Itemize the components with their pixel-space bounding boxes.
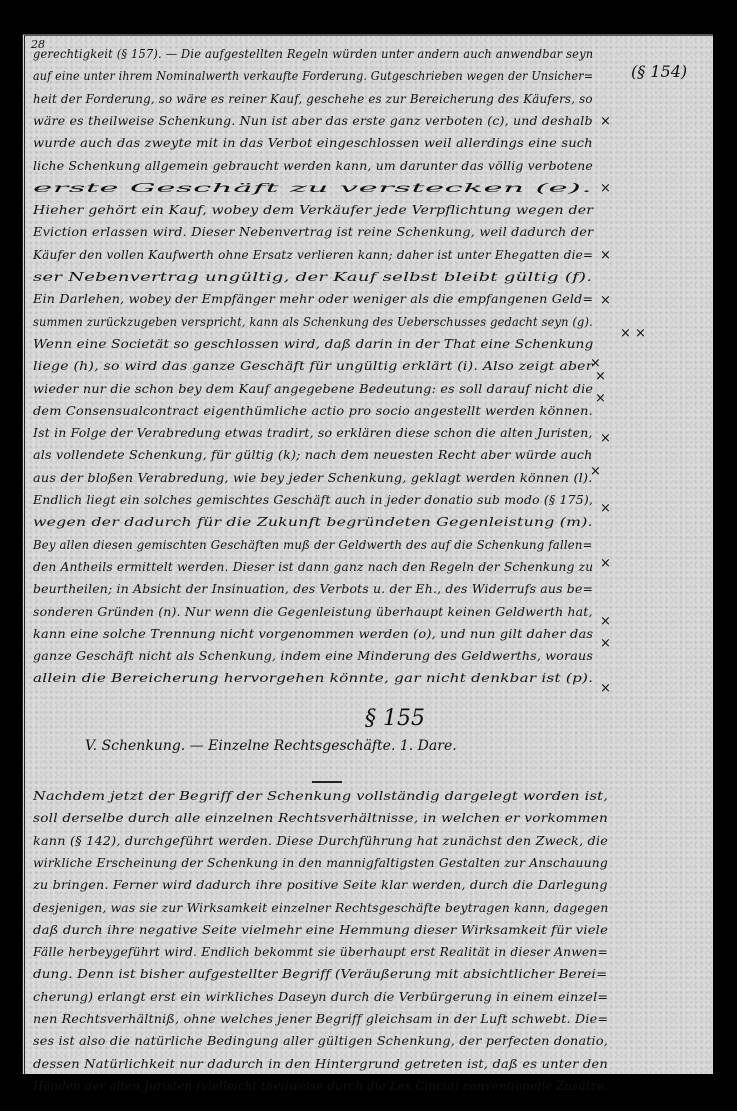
text-line: gerechtigkeit (§ 157). — Die aufgestellt… — [33, 46, 593, 61]
text-line: dem Consensualcontract eigenthümliche ac… — [33, 403, 593, 418]
manuscript-page: 28 (§ 154) gerechtigkeit (§ 157). — Die … — [22, 34, 713, 1074]
section-heading: V. Schenkung. — Einzelne Rechtsgeschäfte… — [85, 738, 457, 754]
text-line: desjenigen, was sie zur Wirksamkeit einz… — [33, 900, 608, 915]
text-line: Ein Darlehen, wobey der Empfänger mehr o… — [33, 291, 593, 306]
margin-section-reference: (§ 154) — [631, 62, 687, 81]
margin-x-mark: × × — [620, 326, 646, 341]
text-line: wurde auch das zweyte mit in das Verbot … — [33, 135, 593, 150]
margin-x-mark: × — [590, 464, 601, 479]
text-line: Ist in Folge der Verabredung etwas tradi… — [33, 425, 593, 440]
text-line: auf eine unter ihrem Nominalwerth verkau… — [33, 68, 593, 83]
text-line: beurtheilen; in Absicht der Insinuation,… — [33, 581, 593, 596]
text-line: wegen der dadurch für die Zukunft begrün… — [33, 514, 593, 529]
text-line: dung. Denn ist bisher aufgestellter Begr… — [33, 966, 607, 981]
margin-x-mark: × — [600, 681, 611, 696]
text-line: erste Geschäft zu verstecken (e). — [33, 180, 592, 195]
text-line: ganze Geschäft nicht als Schenkung, inde… — [33, 648, 593, 663]
text-line: dessen Natürlichkeit nur dadurch in den … — [33, 1056, 608, 1071]
margin-x-mark: × — [600, 556, 611, 571]
margin-x-mark: × — [600, 248, 611, 263]
text-line: nen Rechtsverhältniß, ohne welches jener… — [33, 1011, 608, 1026]
text-line: sonderen Gründen (n). Nur wenn die Gegen… — [33, 604, 593, 619]
text-line: summen zurückzugeben verspricht, kann al… — [33, 314, 593, 329]
text-line: Händen der alten Juristen (vielleicht th… — [33, 1078, 608, 1093]
text-line: soll derselbe durch alle einzelnen Recht… — [33, 810, 608, 825]
text-line: Endlich liegt ein solches gemischtes Ges… — [33, 492, 593, 507]
text-line: als vollendete Schenkung, für gültig (k)… — [33, 447, 593, 462]
text-line: liege (h), so wird das ganze Geschäft fü… — [33, 358, 593, 373]
text-line: Nachdem jetzt der Begriff der Schenkung … — [33, 788, 608, 803]
text-line: aus der bloßen Verabredung, wie bey jede… — [33, 470, 593, 485]
text-line: Käufer den vollen Kaufwerth ohne Ersatz … — [33, 247, 593, 262]
margin-x-mark: × — [600, 501, 611, 516]
margin-x-mark: × — [595, 369, 606, 384]
text-line: Bey allen diesen gemischten Geschäften m… — [33, 537, 593, 552]
text-line: wieder nur die schon bey dem Kauf angege… — [33, 381, 593, 396]
text-line: daß durch ihre negative Seite vielmehr e… — [33, 922, 608, 937]
text-line: heit der Forderung, so wäre es reiner Ka… — [33, 91, 593, 106]
text-line: cherung) erlangt erst ein wirkliches Das… — [33, 989, 608, 1004]
text-line: allein die Bereicherung hervorgehen könn… — [33, 670, 593, 685]
heading-rule — [312, 781, 342, 783]
section-number: § 155 — [365, 706, 425, 731]
margin-x-mark: × — [595, 391, 606, 406]
text-line: wäre es theilweise Schenkung. Nun ist ab… — [33, 113, 593, 128]
text-line: Hieher gehört ein Kauf, wobey dem Verkäu… — [33, 202, 593, 217]
margin-x-mark: × — [600, 431, 611, 446]
text-line: ses ist also die natürliche Bedingung al… — [33, 1033, 608, 1048]
text-line: kann (§ 142), durchgeführt werden. Diese… — [33, 833, 608, 848]
text-line: liche Schenkung allgemein gebraucht werd… — [33, 158, 593, 173]
text-line: wirkliche Erscheinung der Schenkung in d… — [33, 855, 608, 870]
text-line: zu bringen. Ferner wird dadurch ihre pos… — [33, 877, 608, 892]
margin-x-mark: × — [600, 636, 611, 651]
margin-x-mark: × — [600, 293, 611, 308]
text-line: den Antheils ermittelt werden. Dieser is… — [33, 559, 593, 574]
text-line: ser Nebenvertrag ungültig, der Kauf selb… — [33, 269, 592, 284]
text-line: Eviction erlassen wird. Dieser Nebenvert… — [33, 224, 593, 239]
text-line: Fälle herbeygeführt wird. Endlich bekomm… — [33, 944, 608, 959]
margin-x-mark: × — [600, 614, 611, 629]
margin-x-mark: × — [600, 114, 611, 129]
margin-x-mark: × — [600, 181, 611, 196]
text-line: kann eine solche Trennung nicht vorgenom… — [33, 626, 593, 641]
text-line: Wenn eine Societät so geschlossen wird, … — [33, 336, 593, 351]
